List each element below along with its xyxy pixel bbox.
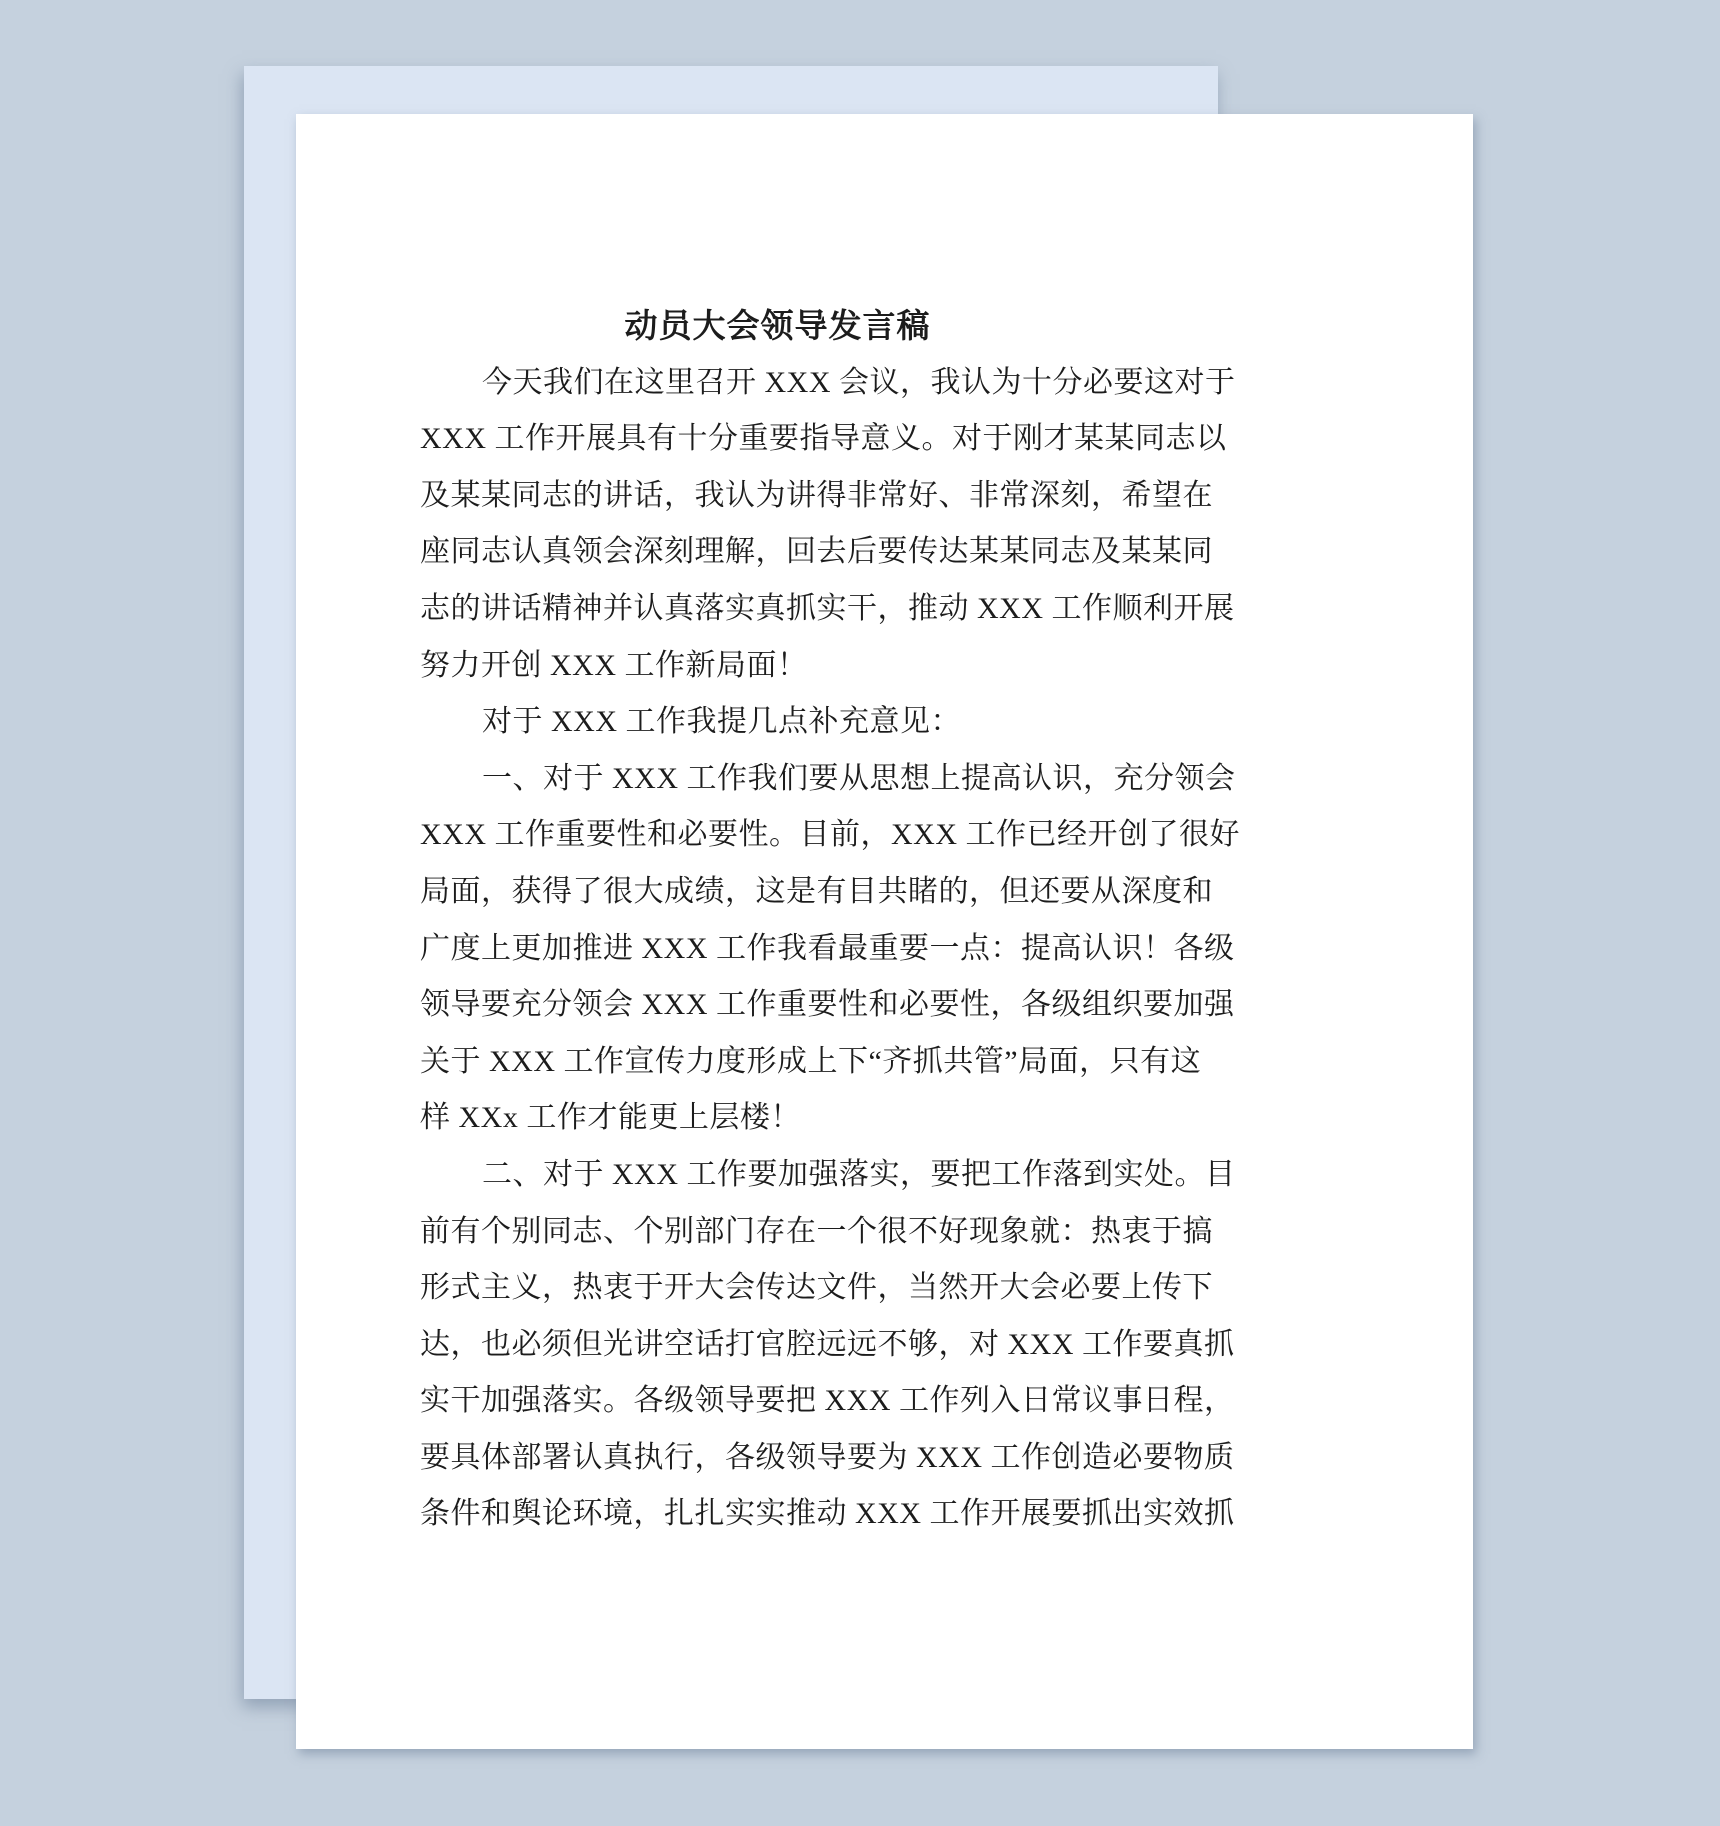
text-line: 志的讲话精神并认真落实真抓实干，推动 XXX 工作顺利开展 [420, 581, 1135, 638]
text-line: 一、对于 XXX 工作我们要从思想上提高认识，充分领会 [420, 751, 1135, 808]
text-line: 座同志认真领会深刻理解，回去后要传达某某同志及某某同 [420, 524, 1135, 581]
document-title: 动员大会领导发言稿 [420, 298, 1135, 355]
text-line: 形式主义，热衷于开大会传达文件，当然开大会必要上传下 [420, 1260, 1135, 1317]
paragraph-lines: 今天我们在这里召开 XXX 会议，我认为十分必要这对于XXX 工作开展具有十分重… [420, 355, 1135, 1543]
text-line: 对于 XXX 工作我提几点补充意见： [420, 694, 1135, 751]
text-line: 局面，获得了很大成绩，这是有目共睹的，但还要从深度和 [420, 864, 1135, 921]
text-line: 努力开创 XXX 工作新局面！ [420, 638, 1135, 695]
text-line: 样 XXx 工作才能更上层楼！ [420, 1090, 1135, 1147]
text-line: 领导要充分领会 XXX 工作重要性和必要性，各级组织要加强 [420, 977, 1135, 1034]
text-line: XXX 工作重要性和必要性。目前，XXX 工作已经开创了很好 [420, 807, 1135, 864]
text-line: 实干加强落实。各级领导要把 XXX 工作列入日常议事日程， [420, 1373, 1135, 1430]
text-line: 前有个别同志、个别部门存在一个很不好现象就：热衷于搞 [420, 1204, 1135, 1261]
text-line: 广度上更加推进 XXX 工作我看最重要一点：提高认识！各级 [420, 921, 1135, 978]
text-line: 二、对于 XXX 工作要加强落实，要把工作落到实处。目 [420, 1147, 1135, 1204]
document-preview: 动员大会领导发言稿 今天我们在这里召开 XXX 会议，我认为十分必要这对于XXX… [0, 0, 1720, 1826]
text-line: 及某某同志的讲话，我认为讲得非常好、非常深刻，希望在 [420, 468, 1135, 525]
document-page: 动员大会领导发言稿 今天我们在这里召开 XXX 会议，我认为十分必要这对于XXX… [296, 114, 1473, 1749]
text-line: XXX 工作开展具有十分重要指导意义。对于刚才某某同志以 [420, 411, 1135, 468]
document-body: 动员大会领导发言稿 今天我们在这里召开 XXX 会议，我认为十分必要这对于XXX… [420, 298, 1135, 1543]
text-line: 要具体部署认真执行，各级领导要为 XXX 工作创造必要物质 [420, 1430, 1135, 1487]
text-line: 关于 XXX 工作宣传力度形成上下“齐抓共管”局面，只有这 [420, 1034, 1135, 1091]
text-line: 条件和舆论环境，扎扎实实推动 XXX 工作开展要抓出实效抓 [420, 1486, 1135, 1543]
text-line: 达，也必须但光讲空话打官腔远远不够，对 XXX 工作要真抓 [420, 1317, 1135, 1374]
text-line: 今天我们在这里召开 XXX 会议，我认为十分必要这对于 [420, 355, 1135, 412]
